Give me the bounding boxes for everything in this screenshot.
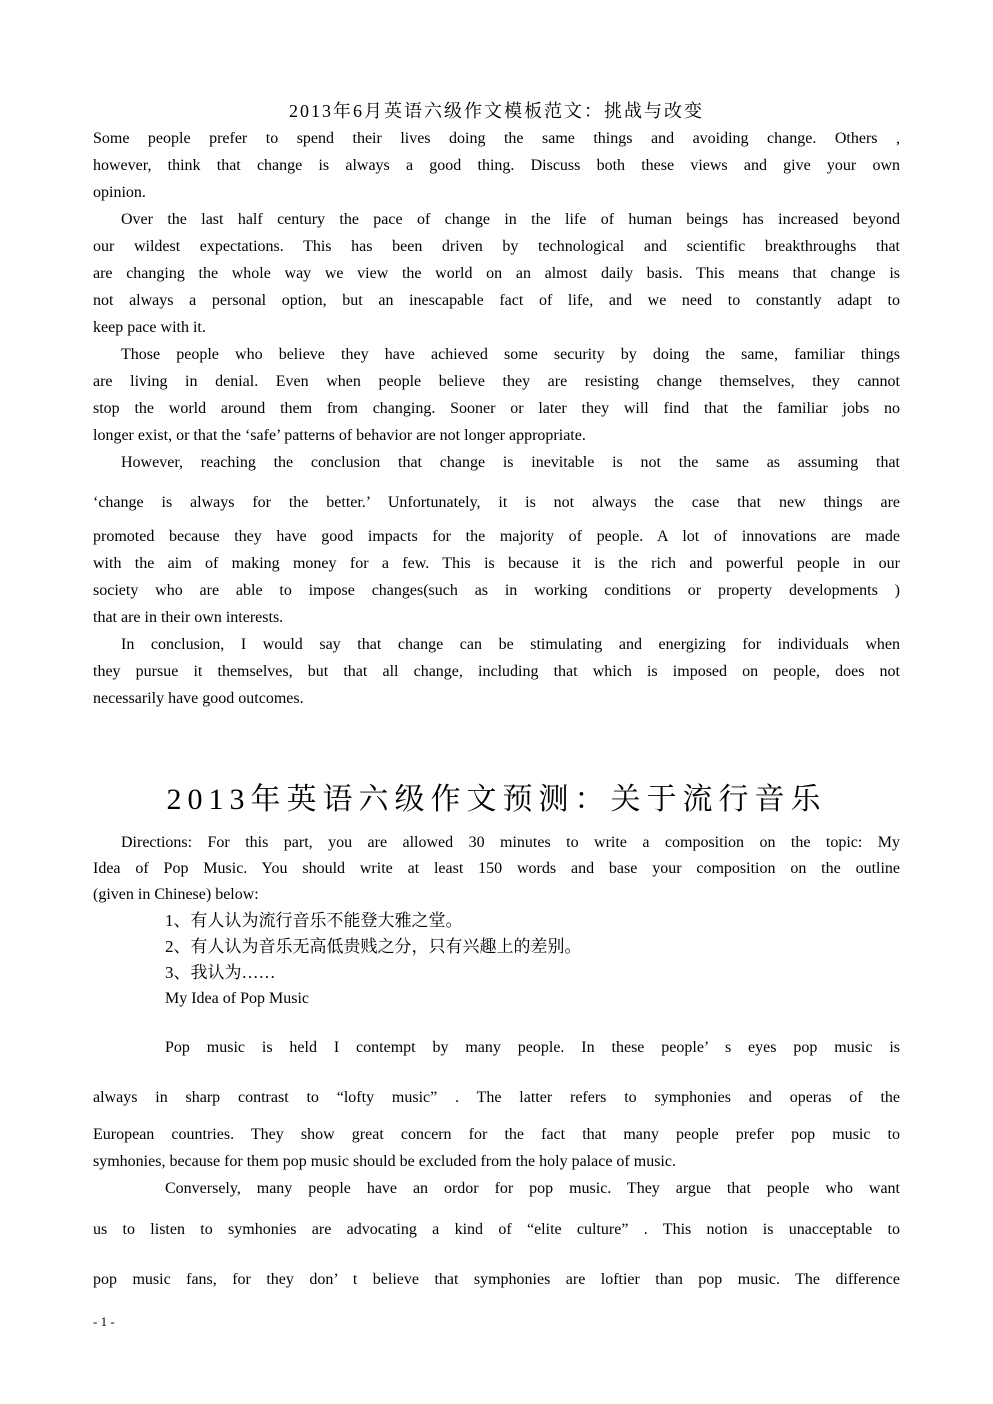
text-line: always in sharp contrast to “lofty music… [93, 1084, 900, 1111]
outline-list: 1、有人认为流行音乐不能登大雅之堂。2、有人认为音乐无高低贵贱之分，只有兴趣上的… [93, 908, 900, 986]
paragraph-prompt: Some people prefer to spend their lives … [93, 125, 900, 206]
text-line: longer exist, or that the ‘safe’ pattern… [93, 422, 900, 449]
outline-item: 2、有人认为音乐无高低贵贱之分，只有兴趣上的差别。 [165, 934, 900, 960]
text-line: Conversely, many people have an ordor fo… [93, 1175, 900, 1202]
text-line: are living in denial. Even when people b… [93, 368, 900, 395]
text-line: In conclusion, I would say that change c… [93, 631, 900, 658]
text-line: promoted because they have good impacts … [93, 523, 900, 550]
text-line: they pursue it themselves, but that all … [93, 658, 900, 685]
text-line: pop music fans, for they don’ t believe … [93, 1266, 900, 1293]
text-line: (given in Chinese) below: [93, 882, 900, 908]
section-prediction-essay: 2013年英语六级作文预测：关于流行音乐 Directions: For thi… [93, 785, 900, 1293]
page-content: 2013年6月英语六级作文模板范文：挑战与改变 Some people pref… [0, 0, 993, 1293]
text-line: However, reaching the conclusion that ch… [93, 449, 900, 476]
paragraph-denial: Those people who believe they have achie… [93, 341, 900, 449]
page-number: - 1 - [93, 1315, 115, 1329]
text-line: Pop music is held I contempt by many peo… [93, 1034, 900, 1061]
text-line: Idea of Pop Music. You should write at l… [93, 856, 900, 882]
text-line: that are in their own interests. [93, 604, 900, 631]
text-line: are changing the whole way we view the w… [93, 260, 900, 287]
document-page: 2013年6月英语六级作文模板范文：挑战与改变 Some people pref… [0, 0, 993, 1404]
section2-title: 2013年英语六级作文预测：关于流行音乐 [93, 785, 900, 815]
text-line: us to listen to symhonies are advocating… [93, 1216, 900, 1243]
text-line: society who are able to impose changes(s… [93, 577, 900, 604]
text-line: necessarily have good outcomes. [93, 685, 900, 712]
paragraph-however: However, reaching the conclusion that ch… [93, 449, 900, 631]
text-line: not always a personal option, but an ine… [93, 287, 900, 314]
text-line: opinion. [93, 179, 900, 206]
text-line: keep pace with it. [93, 314, 900, 341]
paragraph-conversely: Conversely, many people have an ordor fo… [93, 1175, 900, 1293]
text-line: stop the world around them from changing… [93, 395, 900, 422]
text-line: Some people prefer to spend their lives … [93, 125, 900, 152]
text-line: symhonies, because for them pop music sh… [93, 1148, 900, 1175]
text-line: Those people who believe they have achie… [93, 341, 900, 368]
outline-item: 3、我认为…… [165, 960, 900, 986]
essay-title: My Idea of Pop Music [93, 986, 900, 1012]
paragraph-conclusion: In conclusion, I would say that change c… [93, 631, 900, 712]
text-line: with the aim of making money for a few. … [93, 550, 900, 577]
text-line: Directions: For this part, you are allow… [93, 830, 900, 856]
paragraph-change-pace: Over the last half century the pace of c… [93, 206, 900, 341]
section1-title: 2013年6月英语六级作文模板范文：挑战与改变 [93, 98, 900, 125]
paragraph-pop-music: Pop music is held I contempt by many peo… [93, 1034, 900, 1175]
text-line: our wildest expectations. This has been … [93, 233, 900, 260]
paragraph-directions: Directions: For this part, you are allow… [93, 830, 900, 908]
text-line: Over the last half century the pace of c… [93, 206, 900, 233]
text-line: however, think that change is always a g… [93, 152, 900, 179]
text-line: ‘change is always for the better.’ Unfor… [93, 489, 900, 516]
outline-item: 1、有人认为流行音乐不能登大雅之堂。 [165, 908, 900, 934]
section-template-essay: 2013年6月英语六级作文模板范文：挑战与改变 Some people pref… [93, 98, 900, 712]
text-line: European countries. They show great conc… [93, 1121, 900, 1148]
